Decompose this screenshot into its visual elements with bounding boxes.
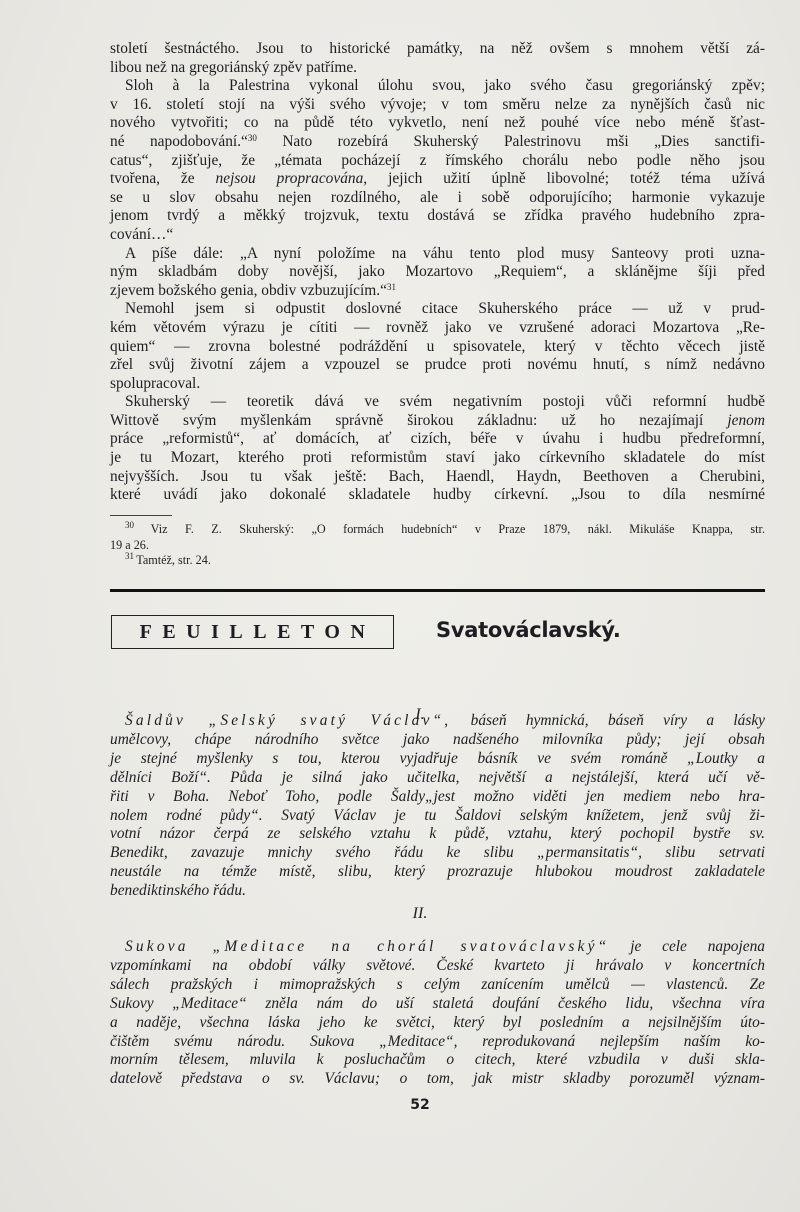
text-line: století šestnáctého. Jsou to historické … [110, 40, 765, 59]
text-line: Sukova „Meditace na chorál svatováclavsk… [110, 938, 765, 957]
feuilleton-title: Svatováclavský. [436, 618, 621, 642]
footnote-number: 31 [125, 551, 136, 561]
text-line: datelově představa o sv. Václavu; o tom,… [110, 1070, 765, 1089]
emphasis: nejsou propracována, [216, 170, 368, 187]
text-line: jenom tvrdý a měkký trojzvuk, textu dost… [110, 207, 765, 226]
section-numeral-2: II. [0, 905, 800, 923]
text-line: Wittově svým myšlenkám správně širokou z… [110, 412, 765, 431]
text-line: spolupracoval. [110, 375, 765, 394]
footnote-ref: 30 [248, 133, 257, 143]
footnote-number: 30 [125, 520, 151, 530]
text-line: kém větovém výrazu je cítiti — rovněž ja… [110, 319, 765, 338]
text-line: Skuherský — teoretik dává ve svém negati… [110, 393, 765, 412]
text-line: A píše dále: „A nyní položíme na váhu te… [110, 245, 765, 264]
text-line: je stejné myšlenky s tou, kterou vyjadřu… [110, 750, 765, 769]
text-line: práce „reformistů“, ať domácích, ať cizí… [110, 430, 765, 449]
footnote-separator [110, 515, 172, 516]
footnotes: 30 Viz F. Z. Skuherský: „O formách hudeb… [110, 522, 765, 569]
text-line: neustále na témže místě, slibu, který pr… [110, 863, 765, 882]
text-line: tvořena, že nejsou propracována, jejich … [110, 170, 765, 189]
text-line: nového vytvořiti; co na půdě této vykvet… [110, 114, 765, 133]
text-line: je tu Mozart, kterého proti reformistům … [110, 449, 765, 468]
text-line: se u slov obsahu nejen rozdílného, ale i… [110, 189, 765, 208]
section-2-text: Sukova „Meditace na chorál svatováclavsk… [110, 938, 765, 1089]
text-line: nolem rodné půdy“. Svatý Václav je tu Ša… [110, 807, 765, 826]
text-line: v 16. století stojí na výši svého vývoje… [110, 96, 765, 115]
text-line: catus“, zjišťuje, že „témata pocházejí z… [110, 152, 765, 171]
text-line: Nemohl jsem si odpustit doslovné citace … [110, 300, 765, 319]
text-line: řiti v Boha. Neboť Toho, podle Šaldy„jes… [110, 788, 765, 807]
section-divider-rule [110, 589, 765, 592]
feuilleton-label-box: FEUILLETON [111, 615, 394, 649]
text-line: a naděje, všechna láska jeho ke světci, … [110, 1014, 765, 1033]
footnote-line: 31 Tamtéž, str. 24. [110, 553, 765, 569]
text-line: Sukovy „Meditace“ zněla nám do uší stale… [110, 995, 765, 1014]
text-line: sálech pražských i mimopražských s celým… [110, 976, 765, 995]
feuilleton-label: FEUILLETON [140, 621, 376, 644]
page-number: 52 [0, 1097, 800, 1113]
footnote-line: 30 Viz F. Z. Skuherský: „O formách hudeb… [110, 522, 765, 538]
section-1-text: Šaldův „Selský svatý Václav“, báseň hymn… [110, 712, 765, 901]
scanned-page: století šestnáctého. Jsou to historické … [0, 0, 800, 1212]
text-line: zřel svůj životní zájem a vzpouzel se pr… [110, 356, 765, 375]
footnote-ref: 31 [387, 282, 396, 292]
text-line: dělníci Boží“. Půda je silná jako učitel… [110, 769, 765, 788]
text-line: morním tělesem, mluvila k posluchačům o … [110, 1051, 765, 1070]
text-line: quiem“ — zrovna bolestné podráždění u sp… [110, 338, 765, 357]
text-line: Šaldův „Selský svatý Václav“, báseň hymn… [110, 712, 765, 731]
main-body-text: století šestnáctého. Jsou to historické … [110, 40, 765, 505]
text-line: vzpomínkami na období války světové. Čes… [110, 957, 765, 976]
text-line: né napodobování.“30 Nato rozebírá Skuher… [110, 133, 765, 152]
text-line: Sloh à la Palestrina vykonal úlohu svou,… [110, 77, 765, 96]
text-line: libou než na gregoriánský zpěv patříme. [110, 59, 765, 78]
text-line: zjevem božského genia, obdiv vzbuzujícím… [110, 282, 765, 301]
text-line: benediktinského řádu. [110, 882, 765, 901]
text-line: nejvyšších. Jsou tu však ještě: Bach, Ha… [110, 468, 765, 487]
text-line: které uvádí jako dokonalé skladatele hud… [110, 486, 765, 505]
footnote-line: 19 a 26. [110, 538, 765, 554]
spaced-title: Šaldův „Selský svatý Václav“, [125, 712, 451, 729]
text-line: ným skladbám doby novější, jako Mozartov… [110, 263, 765, 282]
text-line: cování…“ [110, 226, 765, 245]
text-line: čištěm svému národu. Sukova „Meditace“, … [110, 1033, 765, 1052]
text-line: umělcovy, chápe národního světce jako na… [110, 731, 765, 750]
emphasis: jenom [727, 412, 765, 429]
text-line: votní názor čerpá ze selského vztahu k p… [110, 825, 765, 844]
spaced-title: Sukova „Meditace na chorál svatováclavsk… [125, 938, 609, 955]
text-line: Benedikt, zavazuje mnichy svého řádu ke … [110, 844, 765, 863]
